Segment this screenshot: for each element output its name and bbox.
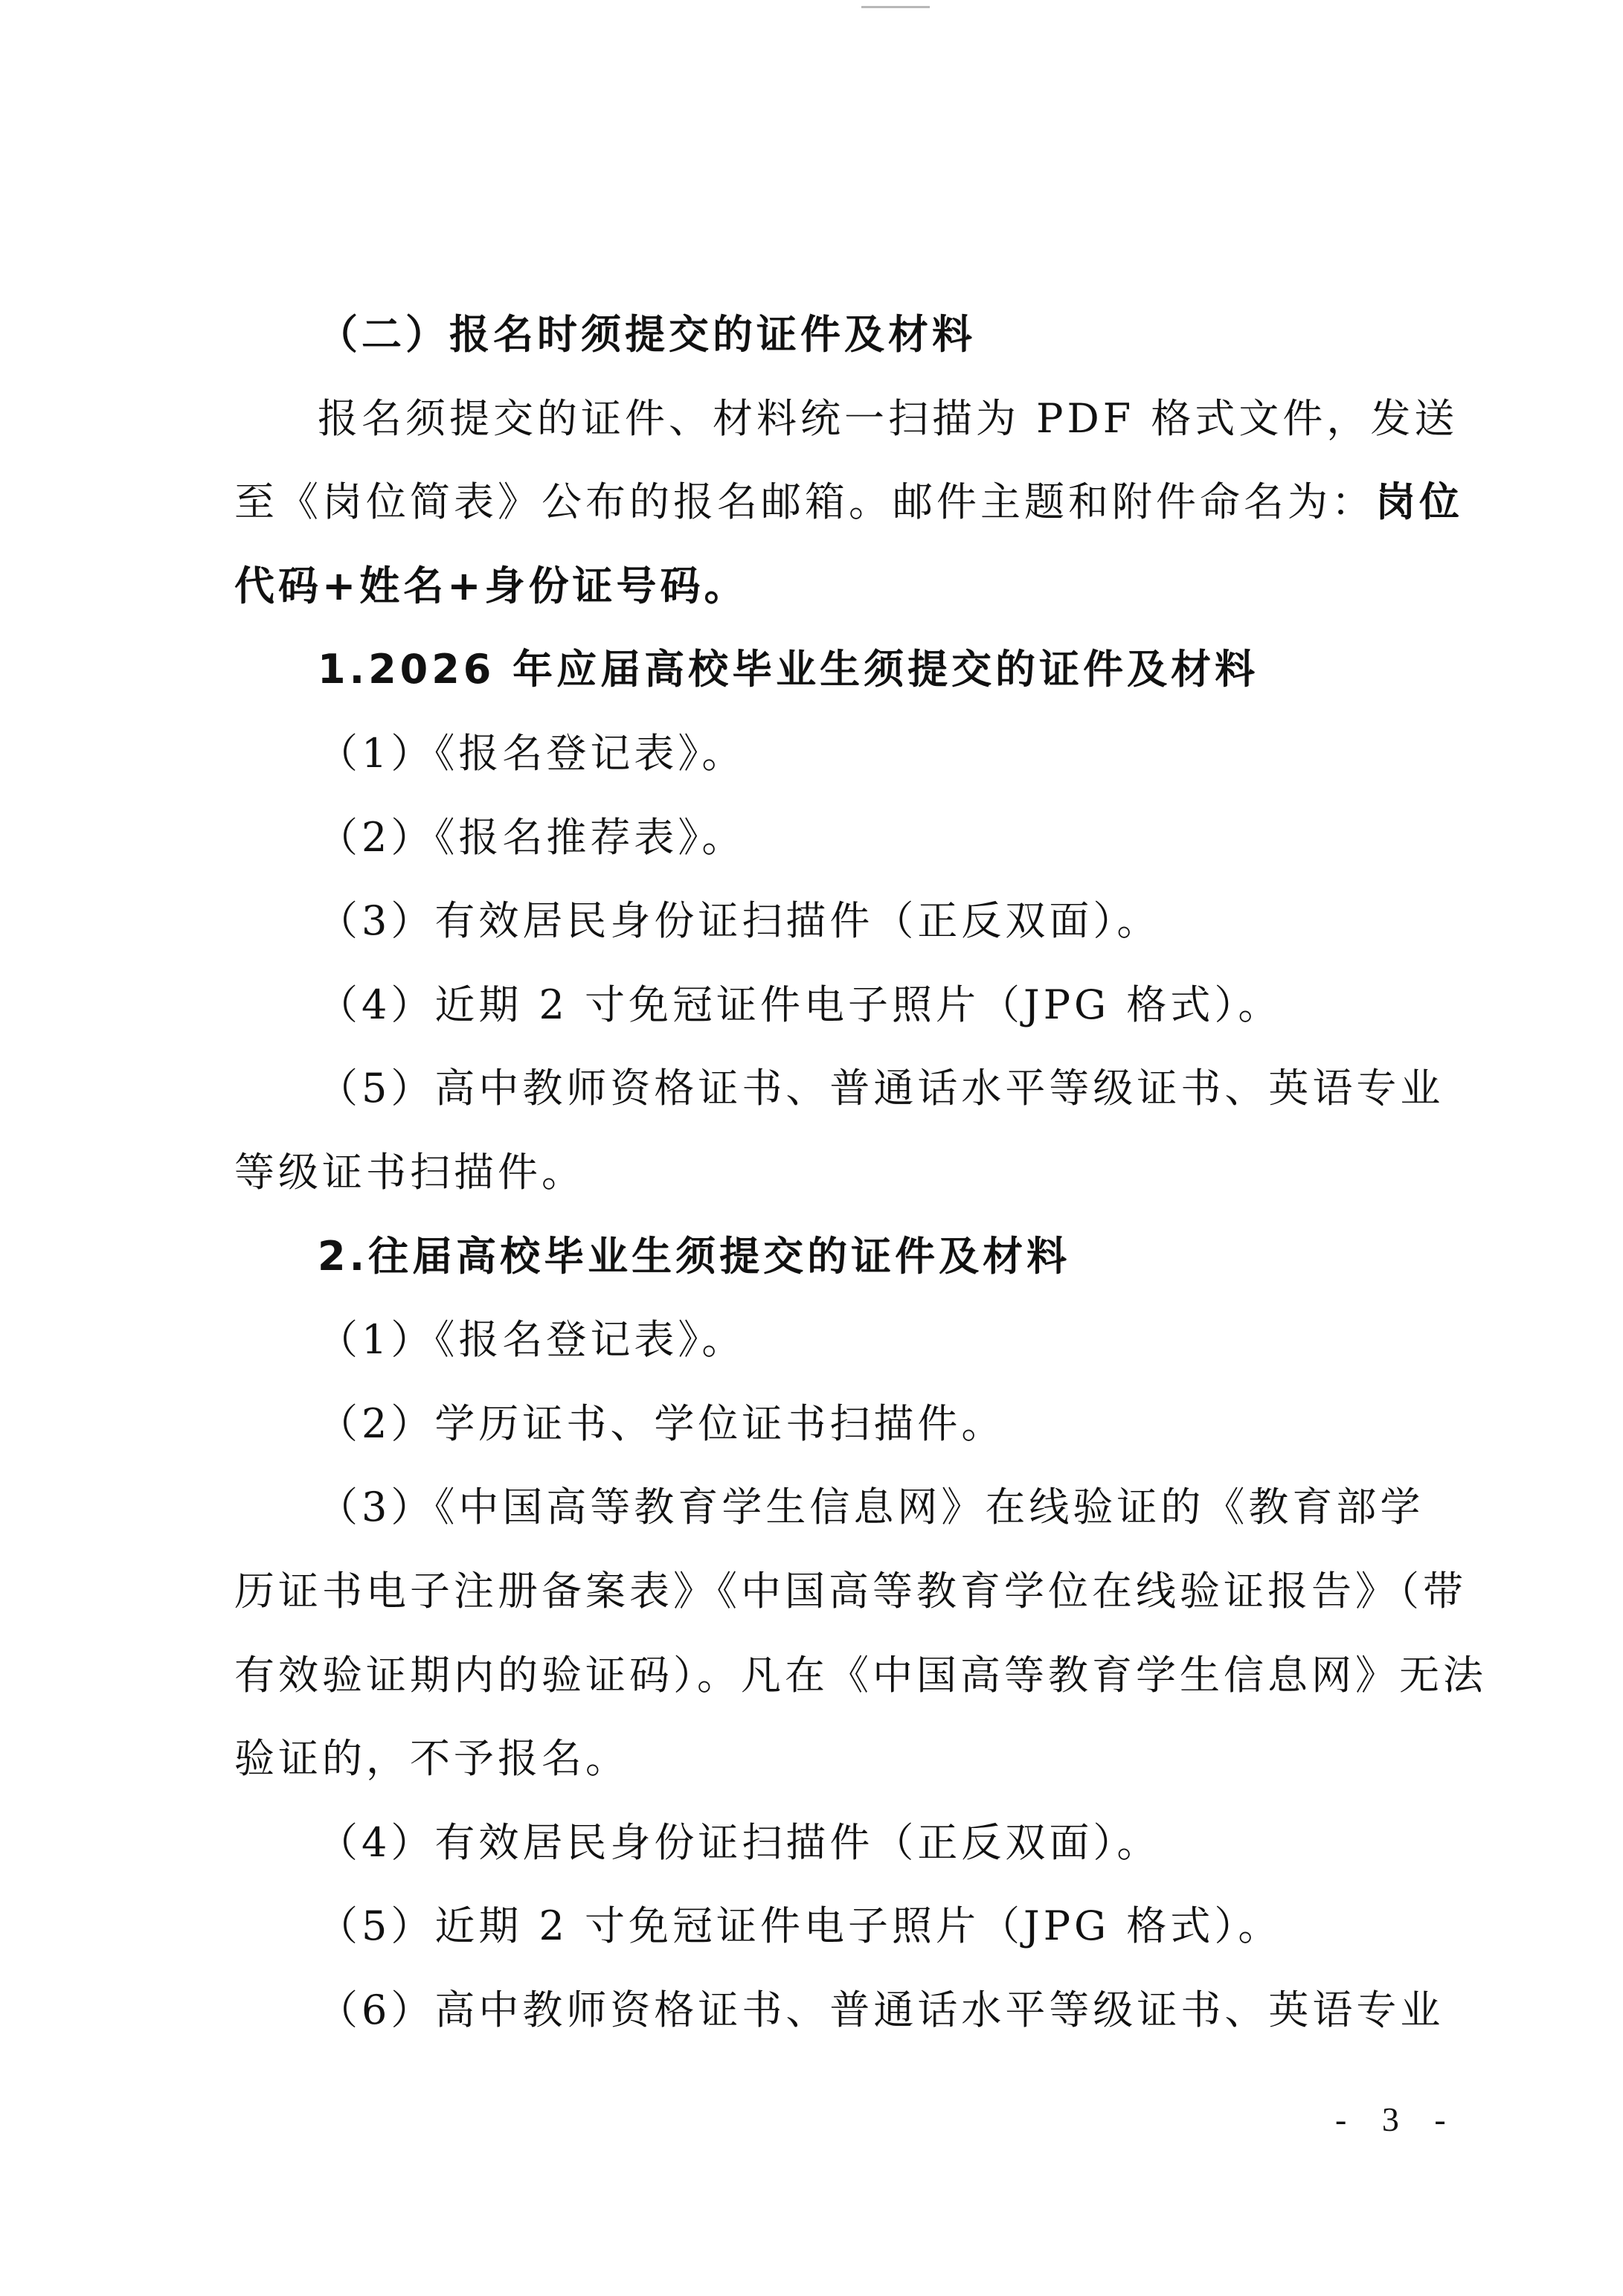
intro-paragraph-line-2: 至《岗位简表》公布的报名邮箱。邮件主题和附件命名为：岗位 [234,474,1462,558]
list-item: （5）近期 2 寸免冠证件电子照片（JPG 格式）。 [234,1898,1462,1982]
list-item: （1）《报名登记表》。 [234,725,1462,809]
list-item: （5）高中教师资格证书、普通话水平等级证书、英语专业 [234,1060,1462,1144]
list-item: （2）《报名推荐表》。 [234,809,1462,894]
document-body: （二）报名时须提交的证件及材料 报名须提交的证件、材料统一扫描为 PDF 格式文… [234,307,1462,2065]
list-item-continued: 历证书电子注册备案表》《中国高等教育学位在线验证报告》（带 [234,1563,1462,1647]
list-item: （2）学历证书、学位证书扫描件。 [234,1396,1462,1480]
intro-paragraph-line-1: 报名须提交的证件、材料统一扫描为 PDF 格式文件，发送 [234,391,1462,475]
list-item: （4）有效居民身份证扫描件（正反双面）。 [234,1815,1462,1899]
list-item-continued: 等级证书扫描件。 [234,1144,1462,1228]
scan-artifact [861,6,930,8]
naming-rule-continued: 代码+姓名+身份证号码。 [234,558,1462,642]
intro-line-2-text: 至《岗位简表》公布的报名邮箱。邮件主题和附件命名为： [234,478,1375,525]
document-page: （二）报名时须提交的证件及材料 报名须提交的证件、材料统一扫描为 PDF 格式文… [0,0,1623,2296]
subsection-1-heading: 1.2026 年应届高校毕业生须提交的证件及材料 [234,641,1462,725]
list-item: （3）有效居民身份证扫描件（正反双面）。 [234,893,1462,977]
section-heading: （二）报名时须提交的证件及材料 [234,307,1462,391]
list-item-continued: 有效验证期内的验证码）。凡在《中国高等教育学生信息网》无法 [234,1647,1462,1731]
subsection-2-heading: 2.往届高校毕业生须提交的证件及材料 [234,1228,1462,1312]
list-item-continued: 验证的，不予报名。 [234,1731,1462,1815]
list-item: （6）高中教师资格证书、普通话水平等级证书、英语专业 [234,1982,1462,2066]
list-item: （3）《中国高等教育学生信息网》在线验证的《教育部学 [234,1479,1462,1563]
naming-rule-bold: 岗位 [1375,478,1463,525]
list-item: （1）《报名登记表》。 [234,1312,1462,1396]
page-number: - 3 - [1335,2100,1459,2139]
list-item: （4）近期 2 寸免冠证件电子照片（JPG 格式）。 [234,977,1462,1061]
